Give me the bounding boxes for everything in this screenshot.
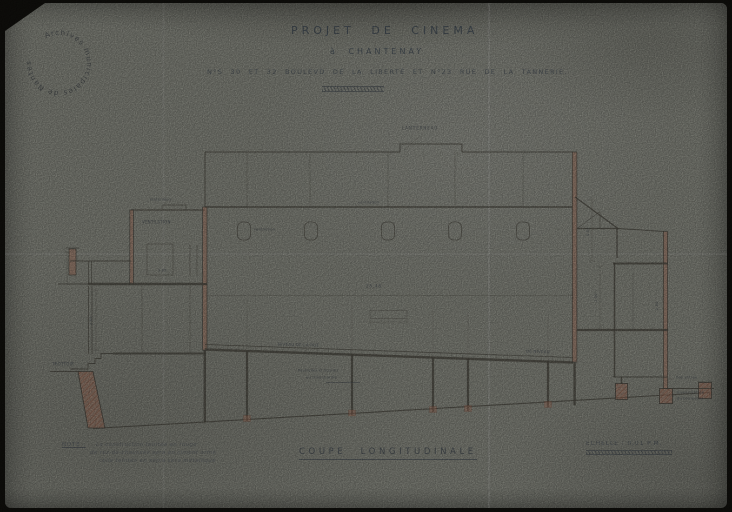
- scanned-plan-page: { "stamp": { "text": "Archives municipal…: [0, 0, 732, 512]
- paper-grain: [0, 0, 732, 512]
